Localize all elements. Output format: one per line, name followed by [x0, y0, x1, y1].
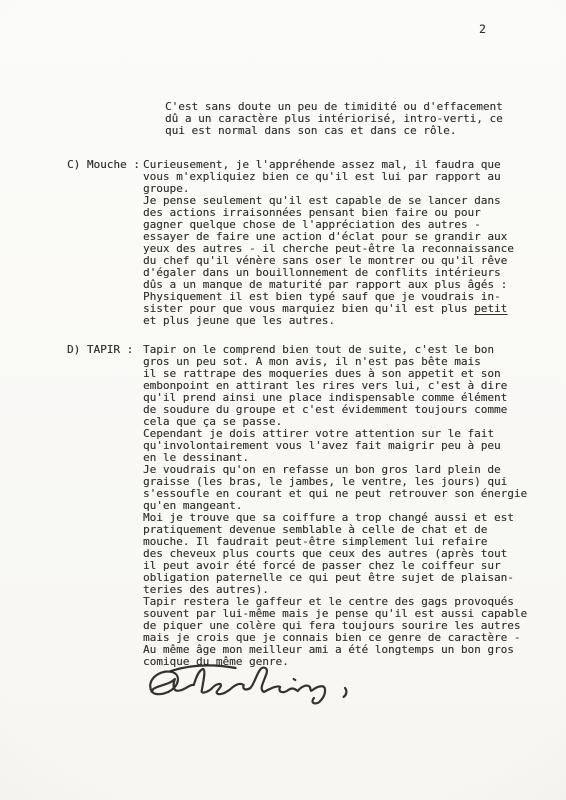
section-mouche: C) Mouche : Curieusement, je l'appréhend…	[0, 159, 566, 327]
document-page: 2 C'est sans doute un peu de timidité ou…	[0, 0, 566, 800]
intro-paragraph: C'est sans doute un peu de timidité ou d…	[165, 101, 503, 137]
signature-handwriting	[133, 656, 363, 714]
text-line: qui est normal dans son cas et dans ce r…	[165, 125, 503, 137]
section-tapir-text: Tapir on le comprend bien tout de suite,…	[143, 344, 566, 668]
section-mouche-label: C) Mouche :	[67, 159, 140, 171]
page-number: 2	[479, 22, 486, 36]
text-line: et plus jeune que les autres.	[143, 315, 566, 327]
section-tapir: D) TAPIR : Tapir on le comprend bien tou…	[0, 344, 566, 668]
section-mouche-text: Curieusement, je l'appréhende assez mal,…	[143, 159, 566, 327]
text-line: vous m'expliquiez bien ce qu'il est lui …	[143, 171, 566, 183]
section-tapir-label: D) TAPIR :	[67, 344, 133, 356]
